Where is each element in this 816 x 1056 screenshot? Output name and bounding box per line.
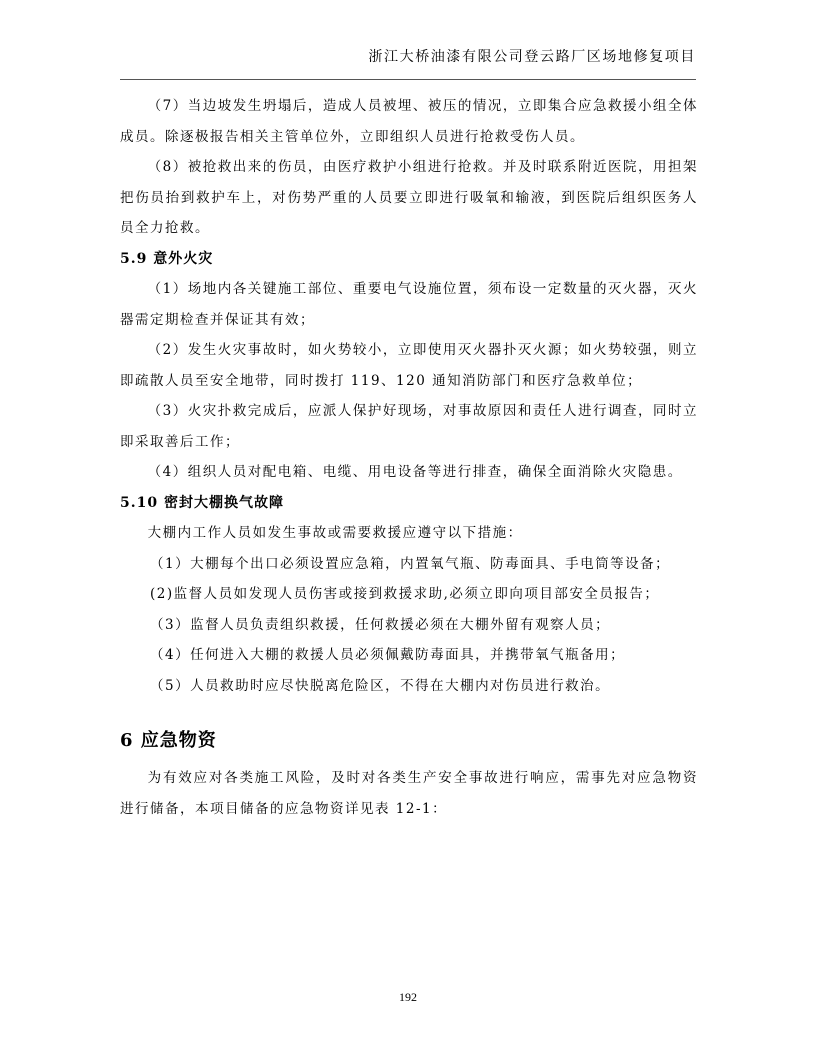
header-divider [120, 79, 696, 80]
paragraph-item-7: （7）当边坡发生坍塌后，造成人员被埋、被压的情况，立即集合应急救援小组全体成员。… [120, 91, 698, 152]
greenhouse-item-4: （4）任何进入大棚的救援人员必须佩戴防毒面具，并携带氧气瓶备用； [120, 640, 698, 671]
greenhouse-item-3: （3）监督人员负责组织救援，任何救援必须在大棚外留有观察人员； [120, 610, 698, 641]
section-heading-5-9: 5.9 意外火灾 [120, 244, 698, 275]
fire-item-3: （3）火灾扑救完成后，应派人保护好现场，对事故原因和责任人进行调查，同时立即采取… [120, 396, 698, 457]
paragraph-item-8: （8）被抢救出来的伤员，由医疗救护小组进行抢救。并及时联系附近医院，用担架把伤员… [120, 152, 698, 244]
document-body: （7）当边坡发生坍塌后，造成人员被埋、被压的情况，立即集合应急救援小组全体成员。… [120, 91, 698, 824]
greenhouse-item-2: (2)监督人员如发现人员伤害或接到救援求助,必须立即向项目部安全员报告； [120, 579, 698, 610]
section-heading-5-10: 5.10 密封大棚换气故障 [120, 488, 698, 519]
greenhouse-intro: 大棚内工作人员如发生事故或需要救援应遵守以下措施： [120, 518, 698, 549]
chapter-heading-6: 6 应急物资 [120, 725, 698, 757]
greenhouse-item-1: （1）大棚每个出口必须设置应急箱，内置氧气瓶、防毒面具、手电筒等设备； [120, 549, 698, 580]
running-header: 浙江大桥油漆有限公司登云路厂区场地修复项目 [120, 46, 696, 66]
greenhouse-item-5: （5）人员救助时应尽快脱离危险区，不得在大棚内对伤员进行救治。 [120, 671, 698, 702]
page-number: 192 [0, 990, 816, 1005]
fire-item-4: （4）组织人员对配电箱、电缆、用电设备等进行排查，确保全面消除火灾隐患。 [120, 457, 698, 488]
fire-item-1: （1）场地内各关键施工部位、重要电气设施位置，须布设一定数量的灭火器，灭火器需定… [120, 274, 698, 335]
emergency-supplies-paragraph: 为有效应对各类施工风险，及时对各类生产安全事故进行响应，需事先对应急物资进行储备… [120, 763, 698, 824]
fire-item-2: （2）发生火灾事故时，如火势较小，立即使用灭火器扑灭火源；如火势较强，则立即疏散… [120, 335, 698, 396]
